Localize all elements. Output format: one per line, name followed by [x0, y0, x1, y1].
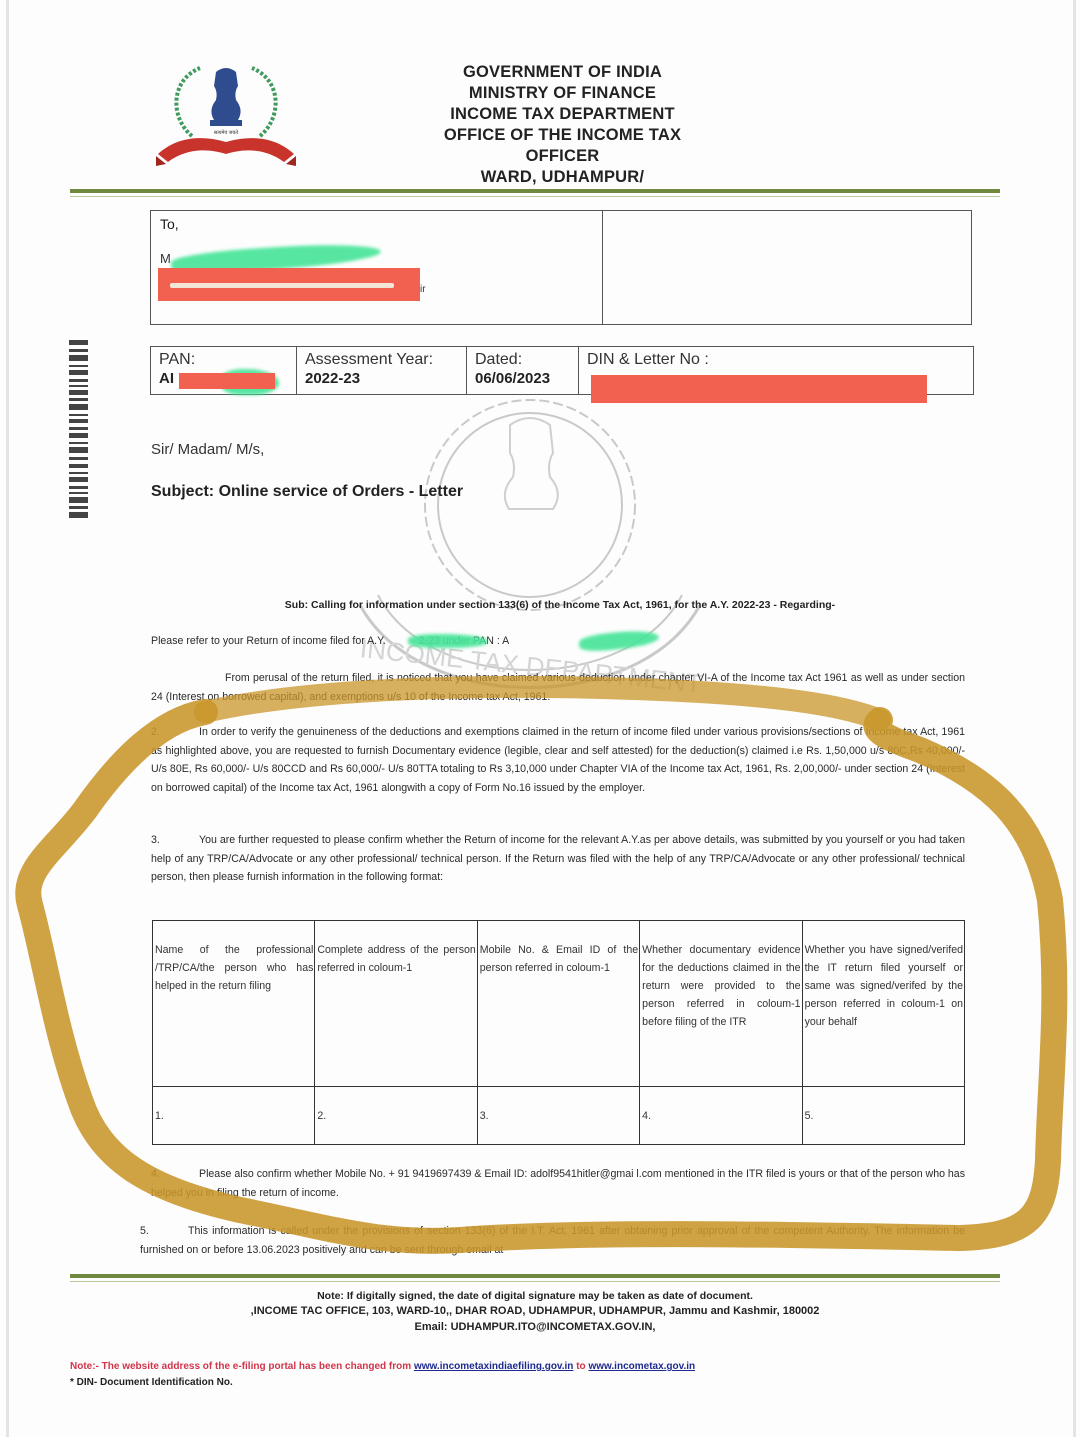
- paragraph-2: 2.In order to verify the genuineness of …: [151, 723, 965, 797]
- dated-cell: Dated: 06/06/2023: [467, 347, 579, 394]
- table-header-cell: Mobile No. & Email ID of the person refe…: [477, 921, 639, 1087]
- paragraph-2-text: In order to verify the genuineness of th…: [151, 726, 965, 794]
- address-box-right: [603, 211, 971, 324]
- paragraph-number: 2.: [151, 723, 199, 742]
- table-cell: 4.: [640, 1087, 802, 1145]
- dated-label: Dated:: [475, 351, 570, 369]
- barcode-icon: [69, 340, 88, 520]
- paragraph-3: 3.You are further requested to please co…: [151, 831, 965, 887]
- portal-note-text: Note:- The website address of the e-fili…: [70, 1361, 411, 1372]
- reference-subject-line: Sub: Calling for information under secti…: [150, 599, 970, 611]
- footer-divider: [70, 1274, 1000, 1282]
- din-cell: DIN & Letter No :: [579, 347, 973, 394]
- redaction-mark: [158, 268, 420, 301]
- paragraph-number: 5.: [140, 1222, 188, 1241]
- to-label: To,: [160, 216, 179, 232]
- address-fragment: ir: [420, 284, 426, 295]
- page-edge-right: [1073, 0, 1076, 1437]
- header-line: OFFICER: [400, 146, 725, 167]
- table-cell: 2.: [315, 1087, 477, 1145]
- header-line: GOVERNMENT OF INDIA: [400, 62, 725, 83]
- svg-text:सत्यमेव जयते: सत्यमेव जयते: [214, 129, 238, 136]
- paragraph-number: 4.: [151, 1165, 199, 1184]
- old-portal-link[interactable]: www.incometaxindiaefiling.gov.in: [414, 1361, 573, 1372]
- salutation: Sir/ Madam/ M/s,: [151, 441, 264, 458]
- portal-change-note: Note:- The website address of the e-fili…: [70, 1361, 695, 1372]
- issuing-office-header: GOVERNMENT OF INDIA MINISTRY OF FINANCE …: [400, 62, 725, 188]
- page-edge-left: [6, 0, 9, 1437]
- paragraph-4: 4.Please also confirm whether Mobile No.…: [151, 1165, 965, 1202]
- paragraph-5-text: This information is called under the pro…: [140, 1225, 965, 1256]
- recipient-name-fragment: M: [160, 251, 171, 266]
- paragraph-1-text: From perusal of the return filed, it is …: [151, 672, 965, 703]
- din-label: DIN & Letter No :: [587, 351, 965, 369]
- recipient-address-box: To, M ir: [150, 210, 972, 325]
- header-line: MINISTRY OF FINANCE: [400, 83, 725, 104]
- table-cell: 1.: [153, 1087, 315, 1145]
- din-definition-note: * DIN- Document Identification No.: [70, 1377, 233, 1388]
- redaction-mark: [179, 373, 275, 389]
- table-header-cell: Complete address of the person referred …: [315, 921, 477, 1087]
- return-reference-line: Please refer to your Return of income fi…: [151, 632, 965, 651]
- paragraph-4-text: Please also confirm whether Mobile No. +…: [151, 1168, 965, 1199]
- office-email: Email: UDHAMPUR.ITO@INCOMETAX.GOV.IN,: [70, 1321, 1000, 1333]
- header-line: WARD, UDHAMPUR/: [400, 167, 725, 188]
- paragraph-number: 3.: [151, 831, 199, 850]
- new-portal-link[interactable]: www.incometax.gov.in: [588, 1361, 695, 1372]
- table-header-cell: Whether you have signed/verifed the IT r…: [802, 921, 964, 1087]
- header-line: INCOME TAX DEPARTMENT: [400, 104, 725, 125]
- assessment-year-value: 2022-23: [305, 370, 458, 387]
- table-header-row: Name of the professional /TRP/CA/the per…: [153, 921, 965, 1087]
- refer-prefix: Please refer to your Return of income fi…: [151, 635, 386, 647]
- digital-signature-note: Note: If digitally signed, the date of d…: [70, 1290, 1000, 1302]
- dated-value: 06/06/2023: [475, 370, 570, 387]
- header-line: OFFICE OF THE INCOME TAX: [400, 125, 725, 146]
- table-cell: 5.: [802, 1087, 964, 1145]
- letter-subject: Subject: Online service of Orders - Lett…: [151, 483, 463, 501]
- paragraph-3-text: You are further requested to please conf…: [151, 834, 965, 883]
- table-header-cell: Whether documentary evidence for the ded…: [640, 921, 802, 1087]
- table-cell: 3.: [477, 1087, 639, 1145]
- redaction-mark: [408, 634, 488, 648]
- redaction-mark: [578, 628, 659, 653]
- document-details-row: PAN: AI Assessment Year: 2022-23 Dated: …: [150, 346, 974, 395]
- table-row: 1. 2. 3. 4. 5.: [153, 1087, 965, 1145]
- office-address: ,INCOME TAC OFFICE, 103, WARD-10,, DHAR …: [70, 1305, 1000, 1317]
- table-header-cell: Name of the professional /TRP/CA/the per…: [153, 921, 315, 1087]
- portal-note-to: to: [576, 1361, 585, 1372]
- watermark-seal-icon: INCOME TAX DEPARTMENT: [330, 385, 730, 715]
- pan-cell: PAN: AI: [151, 347, 297, 394]
- header-divider: [70, 189, 1000, 197]
- paragraph-1: From perusal of the return filed, it is …: [151, 669, 965, 706]
- income-tax-department-emblem-icon: सत्यमेव जयते: [152, 58, 300, 170]
- assessment-year-label: Assessment Year:: [305, 351, 458, 369]
- paragraph-5: 5.This information is called under the p…: [140, 1222, 965, 1259]
- pan-label: PAN:: [159, 351, 288, 369]
- recipient-address: To, M ir: [151, 211, 603, 324]
- professional-details-table: Name of the professional /TRP/CA/the per…: [152, 920, 965, 1145]
- redaction-mark: [591, 375, 927, 403]
- assessment-year-cell: Assessment Year: 2022-23: [297, 347, 467, 394]
